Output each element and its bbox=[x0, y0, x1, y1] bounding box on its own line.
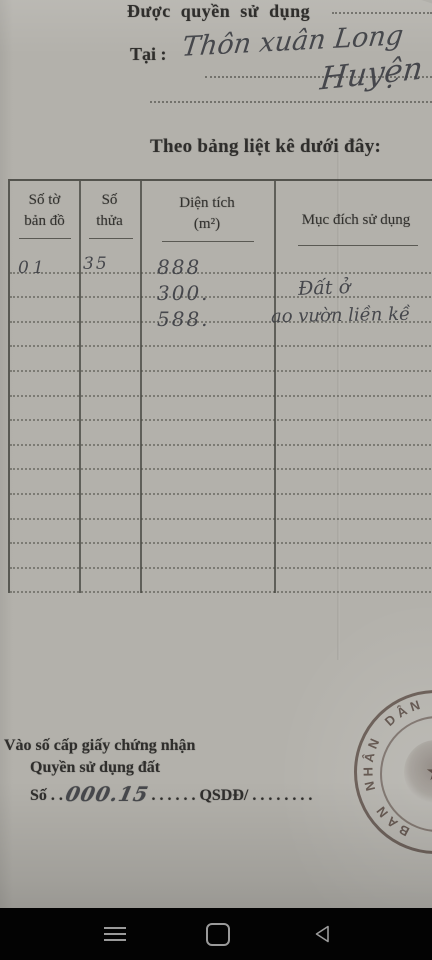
dotted-leader-3 bbox=[150, 101, 432, 103]
table-row bbox=[10, 446, 432, 471]
table-row bbox=[10, 495, 432, 520]
header-underline bbox=[89, 238, 133, 239]
header-so-thua: Số thửa bbox=[79, 190, 140, 232]
menu-icon bbox=[104, 927, 126, 941]
handwritten-so-thua: 35 bbox=[83, 254, 109, 274]
phone-screen: Được quyền sử dụng Tại : Thôn xuân Long … bbox=[0, 0, 432, 960]
home-icon bbox=[206, 923, 230, 946]
handwritten-so-number: 000.15 bbox=[63, 782, 151, 806]
table-row bbox=[10, 274, 432, 299]
header-text: Diện tích bbox=[140, 193, 274, 214]
header-text: Số bbox=[79, 190, 140, 211]
table-row bbox=[10, 569, 432, 594]
header-so-to-ban-do: Số tờ bản đồ bbox=[10, 190, 79, 232]
header-underline bbox=[19, 238, 71, 239]
footer-so-prefix: Số . . bbox=[30, 787, 63, 804]
home-button[interactable] bbox=[188, 908, 248, 960]
header-underline bbox=[162, 241, 254, 242]
footer-so-suffix: . . . . . . QSDĐ/ . . . . . . . . bbox=[151, 787, 312, 804]
header-text: Số tờ bbox=[10, 190, 79, 211]
handwritten-dien-tich: 888 300. 588. bbox=[157, 254, 210, 332]
handwritten-place-line2: Huyện bbox=[318, 50, 424, 97]
menu-button[interactable] bbox=[85, 908, 145, 960]
table-row bbox=[10, 323, 432, 348]
tai-label: Tại : bbox=[130, 44, 167, 65]
table-row bbox=[10, 470, 432, 495]
table-intro-line: Theo bảng liệt kê dưới đây: bbox=[150, 136, 381, 158]
footer-line2: Quyền sử dụng đất bbox=[30, 759, 160, 777]
table-row bbox=[10, 520, 432, 545]
title-line: Được quyền sử dụng bbox=[127, 1, 310, 22]
header-text: thửa bbox=[79, 211, 140, 232]
table-row bbox=[10, 397, 432, 422]
table-row bbox=[10, 421, 432, 446]
header-text: Mục đích sử dụng bbox=[274, 210, 432, 231]
table-row bbox=[10, 544, 432, 569]
official-seal-stamp: ★ BAN NHÂN DÂN bbox=[354, 690, 432, 854]
land-parcel-table: Số tờ bản đồ Số thửa Diện tích (m²) Mục … bbox=[8, 179, 432, 593]
scanned-document: Được quyền sử dụng Tại : Thôn xuân Long … bbox=[0, 0, 432, 908]
table-row bbox=[10, 249, 432, 274]
back-icon bbox=[311, 923, 333, 945]
table-row bbox=[10, 372, 432, 397]
handwritten-muc-dich-1: Đất ở bbox=[298, 276, 351, 300]
footer-line1: Vào số cấp giấy chứng nhận bbox=[4, 737, 195, 755]
handwritten-muc-dich-2: ao vườn liền kề bbox=[271, 304, 410, 327]
header-text: bản đồ bbox=[10, 211, 79, 232]
header-underline bbox=[298, 245, 418, 246]
table-row bbox=[10, 347, 432, 372]
dotted-leader-1 bbox=[332, 12, 432, 14]
header-text: (m²) bbox=[140, 214, 274, 235]
header-dien-tich: Diện tích (m²) bbox=[140, 193, 274, 235]
header-muc-dich: Mục đích sử dụng bbox=[274, 210, 432, 231]
footer-line3: Số . .000.15. . . . . . QSDĐ/ . . . . . … bbox=[30, 781, 312, 805]
handwritten-so-to: 01 bbox=[18, 258, 48, 278]
table-dotted-rows bbox=[10, 249, 432, 593]
android-navigation-bar bbox=[0, 908, 432, 960]
back-button[interactable] bbox=[292, 908, 352, 960]
